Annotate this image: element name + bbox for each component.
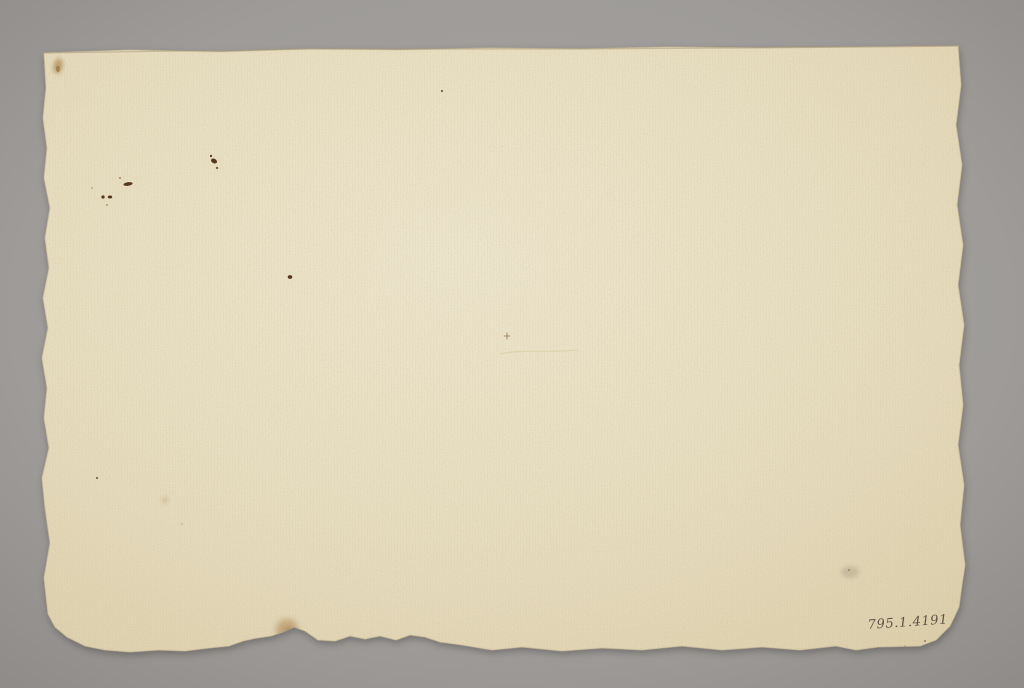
paper-sheet-photo: 795.1.4191	[0, 0, 1024, 688]
photo-backdrop: 795.1.4191	[0, 0, 1024, 688]
smudge-mark	[841, 566, 859, 578]
paper-grain	[42, 46, 965, 652]
speck	[441, 90, 443, 92]
paper-sheet: 795.1.4191	[42, 46, 965, 652]
foxing-spot	[288, 275, 293, 279]
